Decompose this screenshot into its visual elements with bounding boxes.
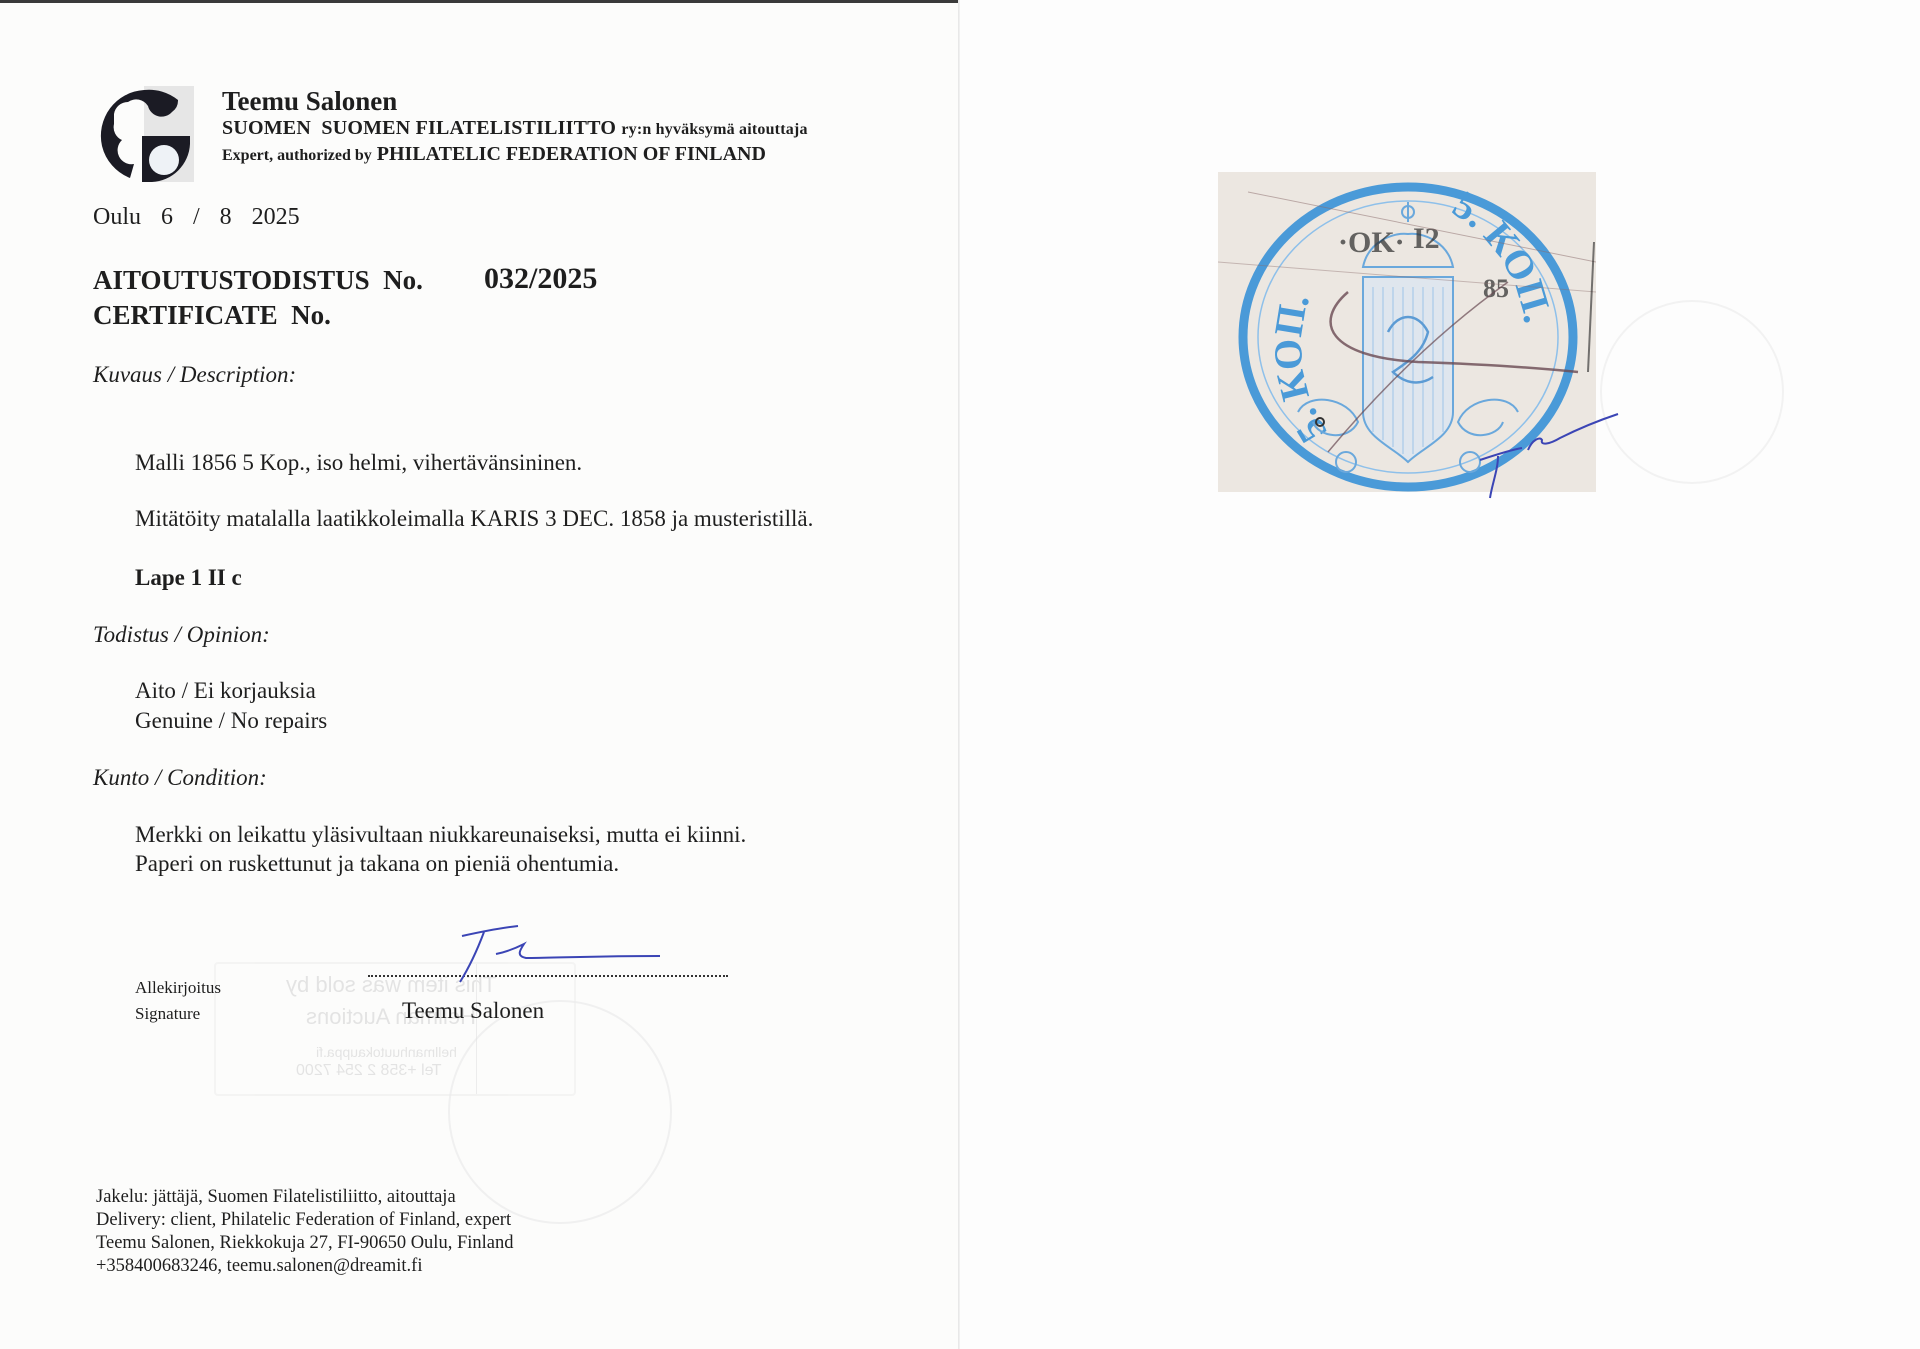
auction-stamp-line-4: Tel +358 2 254 7200 (296, 1062, 441, 1080)
authorized-by-label: Expert, authorized by (222, 147, 372, 164)
expert-name: Teemu Salonen (222, 86, 397, 117)
description-line-2: Mitätöity matalalla laatikkoleimalla KAR… (135, 506, 813, 532)
place-date: Oulu 6 / 8 2025 (93, 204, 300, 231)
federation-suffix-fi: ry:n hyväksymä aitouttaja (621, 121, 807, 138)
stamp-signature-icon (1470, 400, 1630, 500)
svg-text:85: 85 (1483, 274, 1509, 303)
certificate-label-fi: AITOUTUSTODISTUS No. (93, 265, 423, 296)
certificate-number: 032/2025 (484, 262, 597, 296)
handwritten-signature-icon (440, 918, 670, 988)
condition-heading: Kunto / Condition: (93, 765, 267, 791)
auction-stamp-line-3: hellmanhuutokauppa.fi (316, 1044, 457, 1060)
signature-label-en: Signature (135, 1004, 200, 1024)
federation-logo-icon (92, 84, 198, 184)
opinion-heading: Todistus / Opinion: (93, 622, 270, 648)
signer-name: Teemu Salonen (402, 998, 544, 1024)
federation-name-fi: SUOMEN SUOMEN FILATELISTILIITTO (222, 117, 616, 139)
federation-line-fi: SUOMEN SUOMEN FILATELISTILIITTO ry:n hyv… (222, 117, 808, 140)
opinion-line-en: Genuine / No repairs (135, 708, 327, 734)
svg-text:·OK·: ·OK· (1338, 226, 1405, 259)
description-line-1: Malli 1856 5 Kop., iso helmi, vihertävän… (135, 450, 582, 476)
footer-distribution-fi: Jakelu: jättäjä, Suomen Filatelistiliitt… (96, 1186, 456, 1209)
condition-line-1: Merkki on leikattu yläsivultaan niukkare… (135, 822, 746, 848)
opinion-line-fi: Aito / Ei korjauksia (135, 678, 316, 704)
certificate-label-en: CERTIFICATE No. (93, 300, 331, 331)
catalog-number: Lape 1 II c (135, 565, 242, 591)
description-heading: Kuvaus / Description: (93, 362, 296, 388)
svg-text:I2: I2 (1413, 222, 1440, 255)
footer-distribution-en: Delivery: client, Philatelic Federation … (96, 1209, 511, 1232)
certificate-page: Teemu Salonen SUOMEN SUOMEN FILATELISTIL… (0, 0, 958, 1349)
footer-address: Teemu Salonen, Riekkokuja 27, FI-90650 O… (96, 1232, 513, 1255)
signature-label-fi: Allekirjoitus (135, 978, 221, 998)
federation-name-en: PHILATELIC FEDERATION OF FINLAND (377, 143, 766, 165)
footer-contact: +358400683246, teemu.salonen@dreamit.fi (96, 1255, 423, 1278)
condition-line-2: Paperi on ruskettunut ja takana on pieni… (135, 851, 619, 877)
federation-line-en: Expert, authorized by PHILATELIC FEDERAT… (222, 143, 766, 166)
